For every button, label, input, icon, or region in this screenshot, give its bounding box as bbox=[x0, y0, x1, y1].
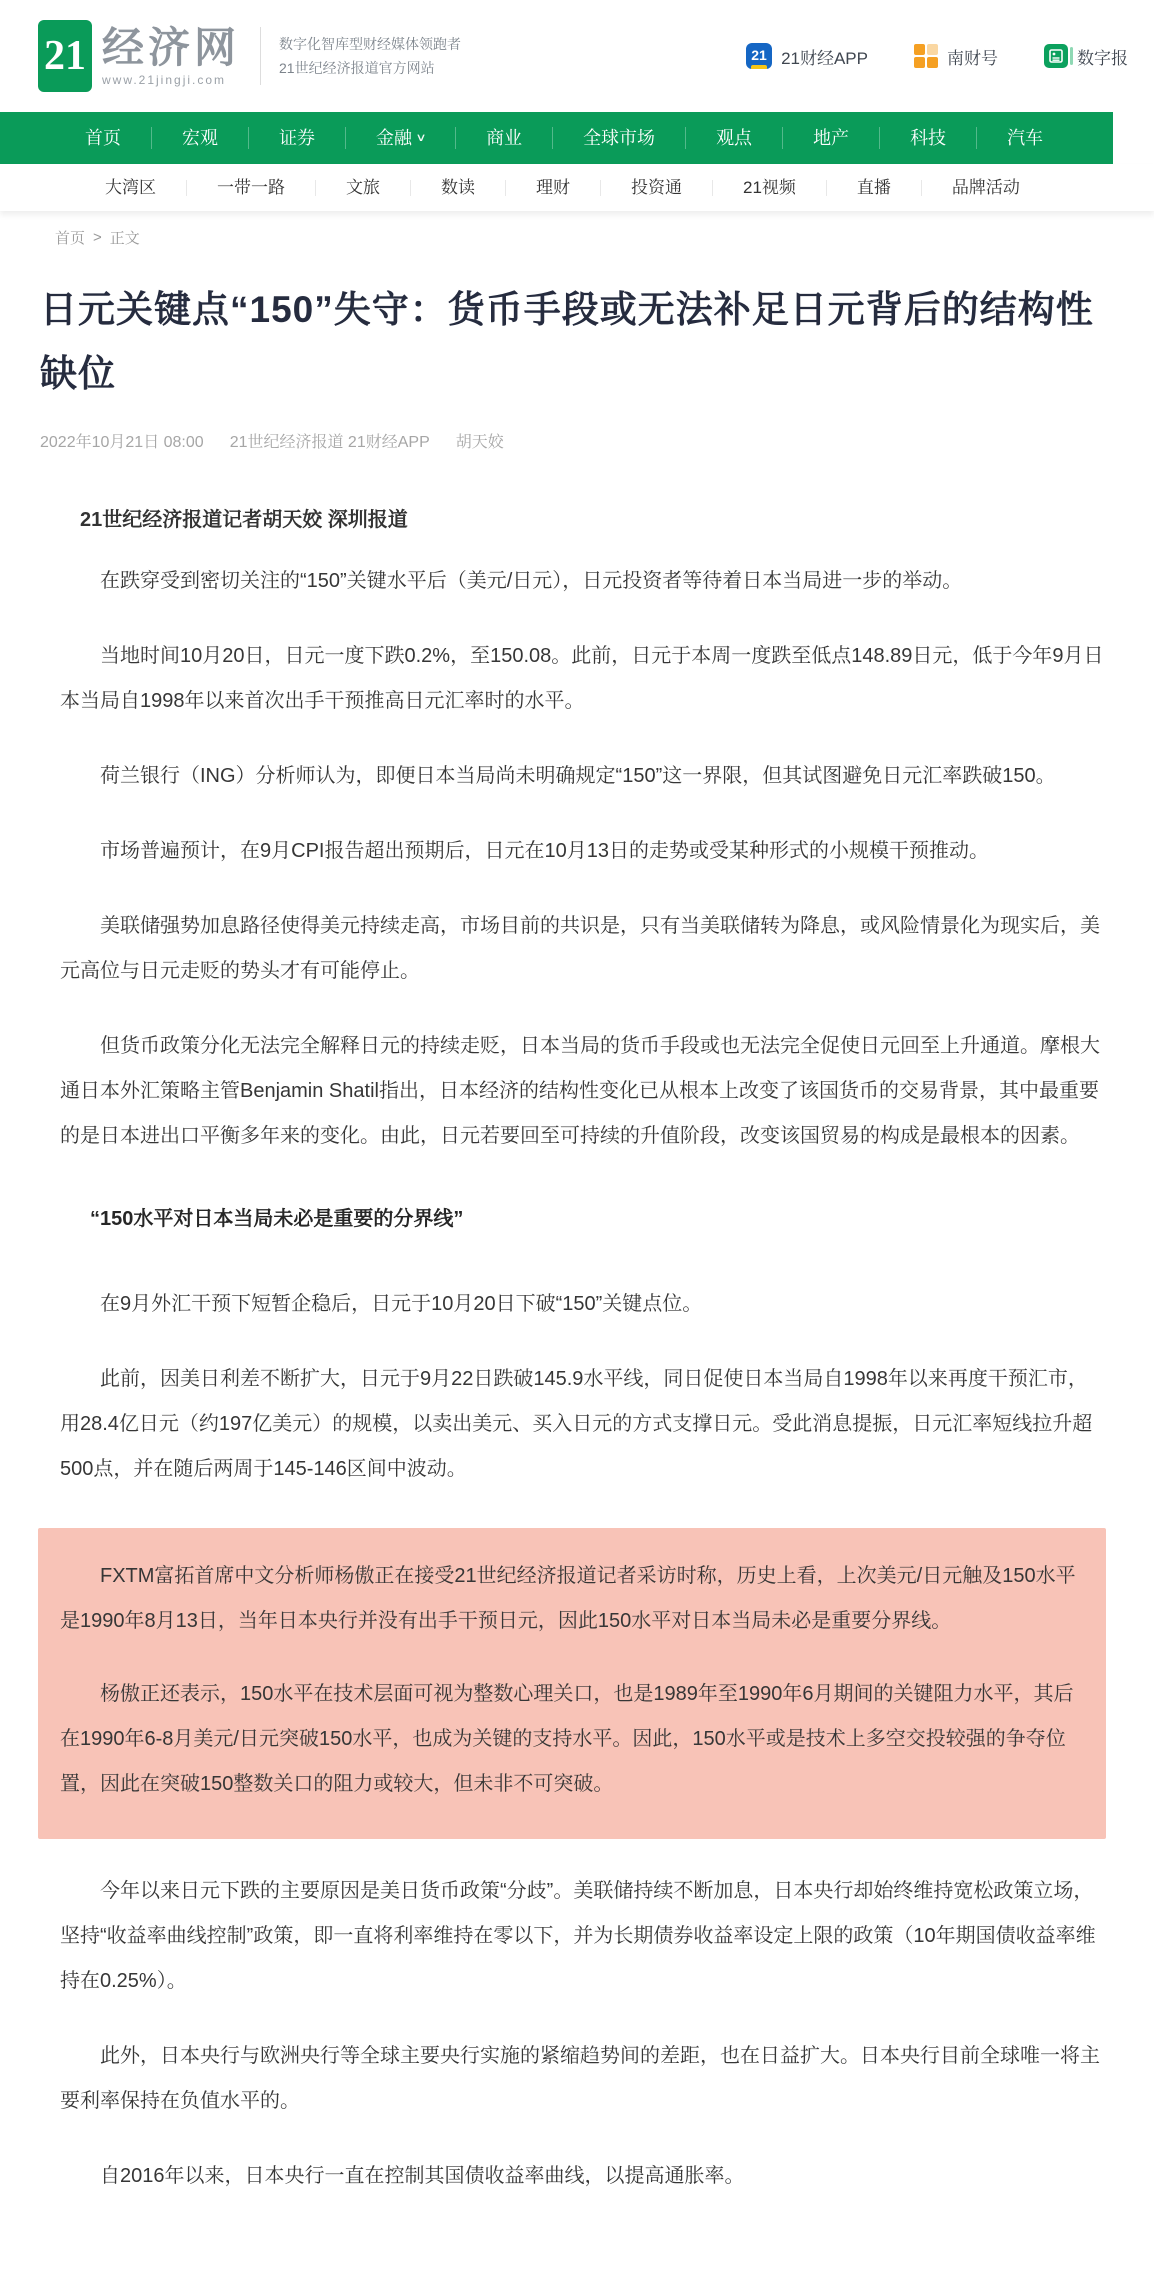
nav-item-label: 汽车 bbox=[1007, 127, 1043, 149]
paragraph: 此外，日本央行与欧洲央行等全球主要央行实施的紧缩趋势间的差距，也在日益扩大。日本… bbox=[60, 2034, 1106, 2124]
nav-item-finance[interactable]: 金融∨ bbox=[346, 127, 456, 149]
site-logo-name: 经济网 bbox=[102, 25, 240, 71]
app-icon-number: 21 bbox=[751, 48, 767, 62]
site-logo-url: www.21jingji.com bbox=[102, 73, 240, 87]
paragraph: 市场普遍预计，在9月CPI报告超出预期后，日元在10月13日的走势或受某种形式的… bbox=[60, 829, 1106, 874]
article-meta: 2022年10月21日 08:00 21世纪经济报道 21财经APP 胡天姣 bbox=[40, 429, 1106, 452]
paragraph: 美联储强势加息路径使得美元持续走高，市场目前的共识是，只有当美联储转为降息，或风… bbox=[60, 904, 1106, 994]
subnav-item-wealth[interactable]: 理财 bbox=[506, 180, 601, 196]
nav-item-label: 观点 bbox=[716, 127, 752, 149]
page: 21 经济网 www.21jingji.com 数字化智库型财经媒体领跑者 21… bbox=[0, 0, 1154, 2289]
nav-item-label: 科技 bbox=[910, 127, 946, 149]
tagline-line-2: 21世纪经济报道官方网站 bbox=[279, 56, 461, 80]
link-21-finance-app[interactable]: 21 21财经APP bbox=[746, 43, 868, 69]
breadcrumb: 首页 > 正文 bbox=[0, 211, 1154, 260]
paragraph: 当地时间10月20日，日元一度下跌0.2%，至150.08。此前，日元于本周一度… bbox=[60, 634, 1106, 724]
link-digital-paper-label: 数字报 bbox=[1077, 44, 1128, 69]
article-source: 21世纪经济报道 21财经APP bbox=[230, 429, 430, 452]
nav-item-global-markets[interactable]: 全球市场 bbox=[553, 127, 686, 149]
nav-item-label: 首页 bbox=[85, 127, 121, 149]
nav-item-property[interactable]: 地产 bbox=[783, 127, 880, 149]
subnav-item-culture-travel[interactable]: 文旅 bbox=[316, 180, 411, 196]
nav-item-label: 宏观 bbox=[182, 127, 218, 149]
nav-item-business[interactable]: 商业 bbox=[456, 127, 553, 149]
nav-item-securities[interactable]: 证券 bbox=[249, 127, 346, 149]
article-body: 21世纪经济报道记者胡天姣 深圳报道 在跌穿受到密切关注的“150”关键水平后（… bbox=[40, 498, 1106, 2199]
article-date: 2022年10月21日 08:00 bbox=[40, 429, 204, 452]
nav-item-label: 全球市场 bbox=[583, 127, 655, 149]
nav-item-label: 证券 bbox=[279, 127, 315, 149]
nav-item-label: 商业 bbox=[486, 127, 522, 149]
site-header: 21 经济网 www.21jingji.com 数字化智库型财经媒体领跑者 21… bbox=[0, 0, 1154, 112]
tagline-line-1: 数字化智库型财经媒体领跑者 bbox=[279, 32, 461, 56]
paragraph: 此前，因美日利差不断扩大，日元于9月22日跌破145.9水平线，同日促使日本当局… bbox=[60, 1357, 1106, 1492]
nav-item-tech[interactable]: 科技 bbox=[880, 127, 977, 149]
article-author: 胡天姣 bbox=[456, 429, 504, 452]
header-app-links: 21 21财经APP 南财号 数字报 bbox=[746, 43, 1154, 69]
link-nancai-label: 南财号 bbox=[947, 44, 998, 69]
site-logo[interactable]: 经济网 www.21jingji.com bbox=[102, 25, 240, 87]
section-heading: “150水平对日本当局未必是重要的分界线” bbox=[60, 1197, 1106, 1242]
21-finance-app-icon: 21 bbox=[746, 43, 772, 69]
chevron-down-icon: ∨ bbox=[415, 133, 426, 144]
nav-item-label: 金融 bbox=[376, 127, 412, 149]
site-tagline: 数字化智库型财经媒体领跑者 21世纪经济报道官方网站 bbox=[279, 32, 461, 80]
breadcrumb-home-link[interactable]: 首页 bbox=[55, 227, 85, 248]
highlighted-passage: FXTM富拓首席中文分析师杨傲正在接受21世纪经济报道记者采访时称，历史上看，上… bbox=[38, 1528, 1106, 1839]
main-nav: 首页 宏观 证券 金融∨ 商业 全球市场 观点 地产 科技 汽车 bbox=[0, 112, 1113, 164]
article: 日元关键点“150”失守：货币手段或无法补足日元背后的结构性缺位 2022年10… bbox=[0, 278, 1154, 2289]
subnav-item-greater-bay[interactable]: 大湾区 bbox=[75, 180, 187, 196]
header-divider bbox=[260, 27, 261, 85]
article-lead: 21世纪经济报道记者胡天姣 深圳报道 bbox=[60, 498, 1106, 543]
subnav-item-data-reading[interactable]: 数读 bbox=[411, 180, 506, 196]
subnav-item-investment[interactable]: 投资通 bbox=[601, 180, 713, 196]
nav-item-opinion[interactable]: 观点 bbox=[686, 127, 783, 149]
subnav-item-live[interactable]: 直播 bbox=[827, 180, 922, 196]
paragraph: 荷兰银行（ING）分析师认为，即便日本当局尚未明确规定“150”这一界限，但其试… bbox=[60, 754, 1106, 799]
nancai-squares-icon bbox=[914, 44, 938, 68]
site-logo-badge[interactable]: 21 bbox=[38, 20, 92, 92]
nav-item-label: 地产 bbox=[813, 127, 849, 149]
nav-item-home[interactable]: 首页 bbox=[55, 127, 152, 149]
subnav-item-belt-road[interactable]: 一带一路 bbox=[187, 180, 316, 196]
paragraph: 在跌穿受到密切关注的“150”关键水平后（美元/日元），日元投资者等待着日本当局… bbox=[60, 559, 1106, 604]
highlighted-paragraph: 杨傲正还表示，150水平在技术层面可视为整数心理关口，也是1989年至1990年… bbox=[60, 1672, 1088, 1807]
link-digital-paper[interactable]: 数字报 bbox=[1044, 44, 1128, 69]
digital-paper-icon bbox=[1044, 44, 1068, 68]
highlighted-paragraph: FXTM富拓首席中文分析师杨傲正在接受21世纪经济报道记者采访时称，历史上看，上… bbox=[60, 1554, 1088, 1644]
link-21-finance-app-label: 21财经APP bbox=[781, 44, 868, 69]
breadcrumb-current: 正文 bbox=[110, 227, 140, 248]
page-title: 日元关键点“150”失守：货币手段或无法补足日元背后的结构性缺位 bbox=[40, 278, 1106, 405]
breadcrumb-separator: > bbox=[93, 229, 102, 246]
sub-nav: 大湾区 一带一路 文旅 数读 理财 投资通 21视频 直播 品牌活动 bbox=[0, 164, 1154, 211]
paragraph: 自2016年以来，日本央行一直在控制其国债收益率曲线，以提高通胀率。 bbox=[60, 2154, 1106, 2199]
subnav-item-21video[interactable]: 21视频 bbox=[713, 180, 827, 196]
link-nancai[interactable]: 南财号 bbox=[914, 44, 998, 69]
nav-item-auto[interactable]: 汽车 bbox=[977, 127, 1073, 149]
paragraph: 今年以来日元下跌的主要原因是美日货币政策“分歧”。美联储持续不断加息，日本央行却… bbox=[60, 1869, 1106, 2004]
subnav-item-brand-events[interactable]: 品牌活动 bbox=[922, 180, 1050, 196]
paragraph: 但货币政策分化无法完全解释日元的持续走贬，日本当局的货币手段或也无法完全促使日元… bbox=[60, 1024, 1106, 1159]
nav-item-macro[interactable]: 宏观 bbox=[152, 127, 249, 149]
paragraph: 在9月外汇干预下短暂企稳后，日元于10月20日下破“150”关键点位。 bbox=[60, 1282, 1106, 1327]
